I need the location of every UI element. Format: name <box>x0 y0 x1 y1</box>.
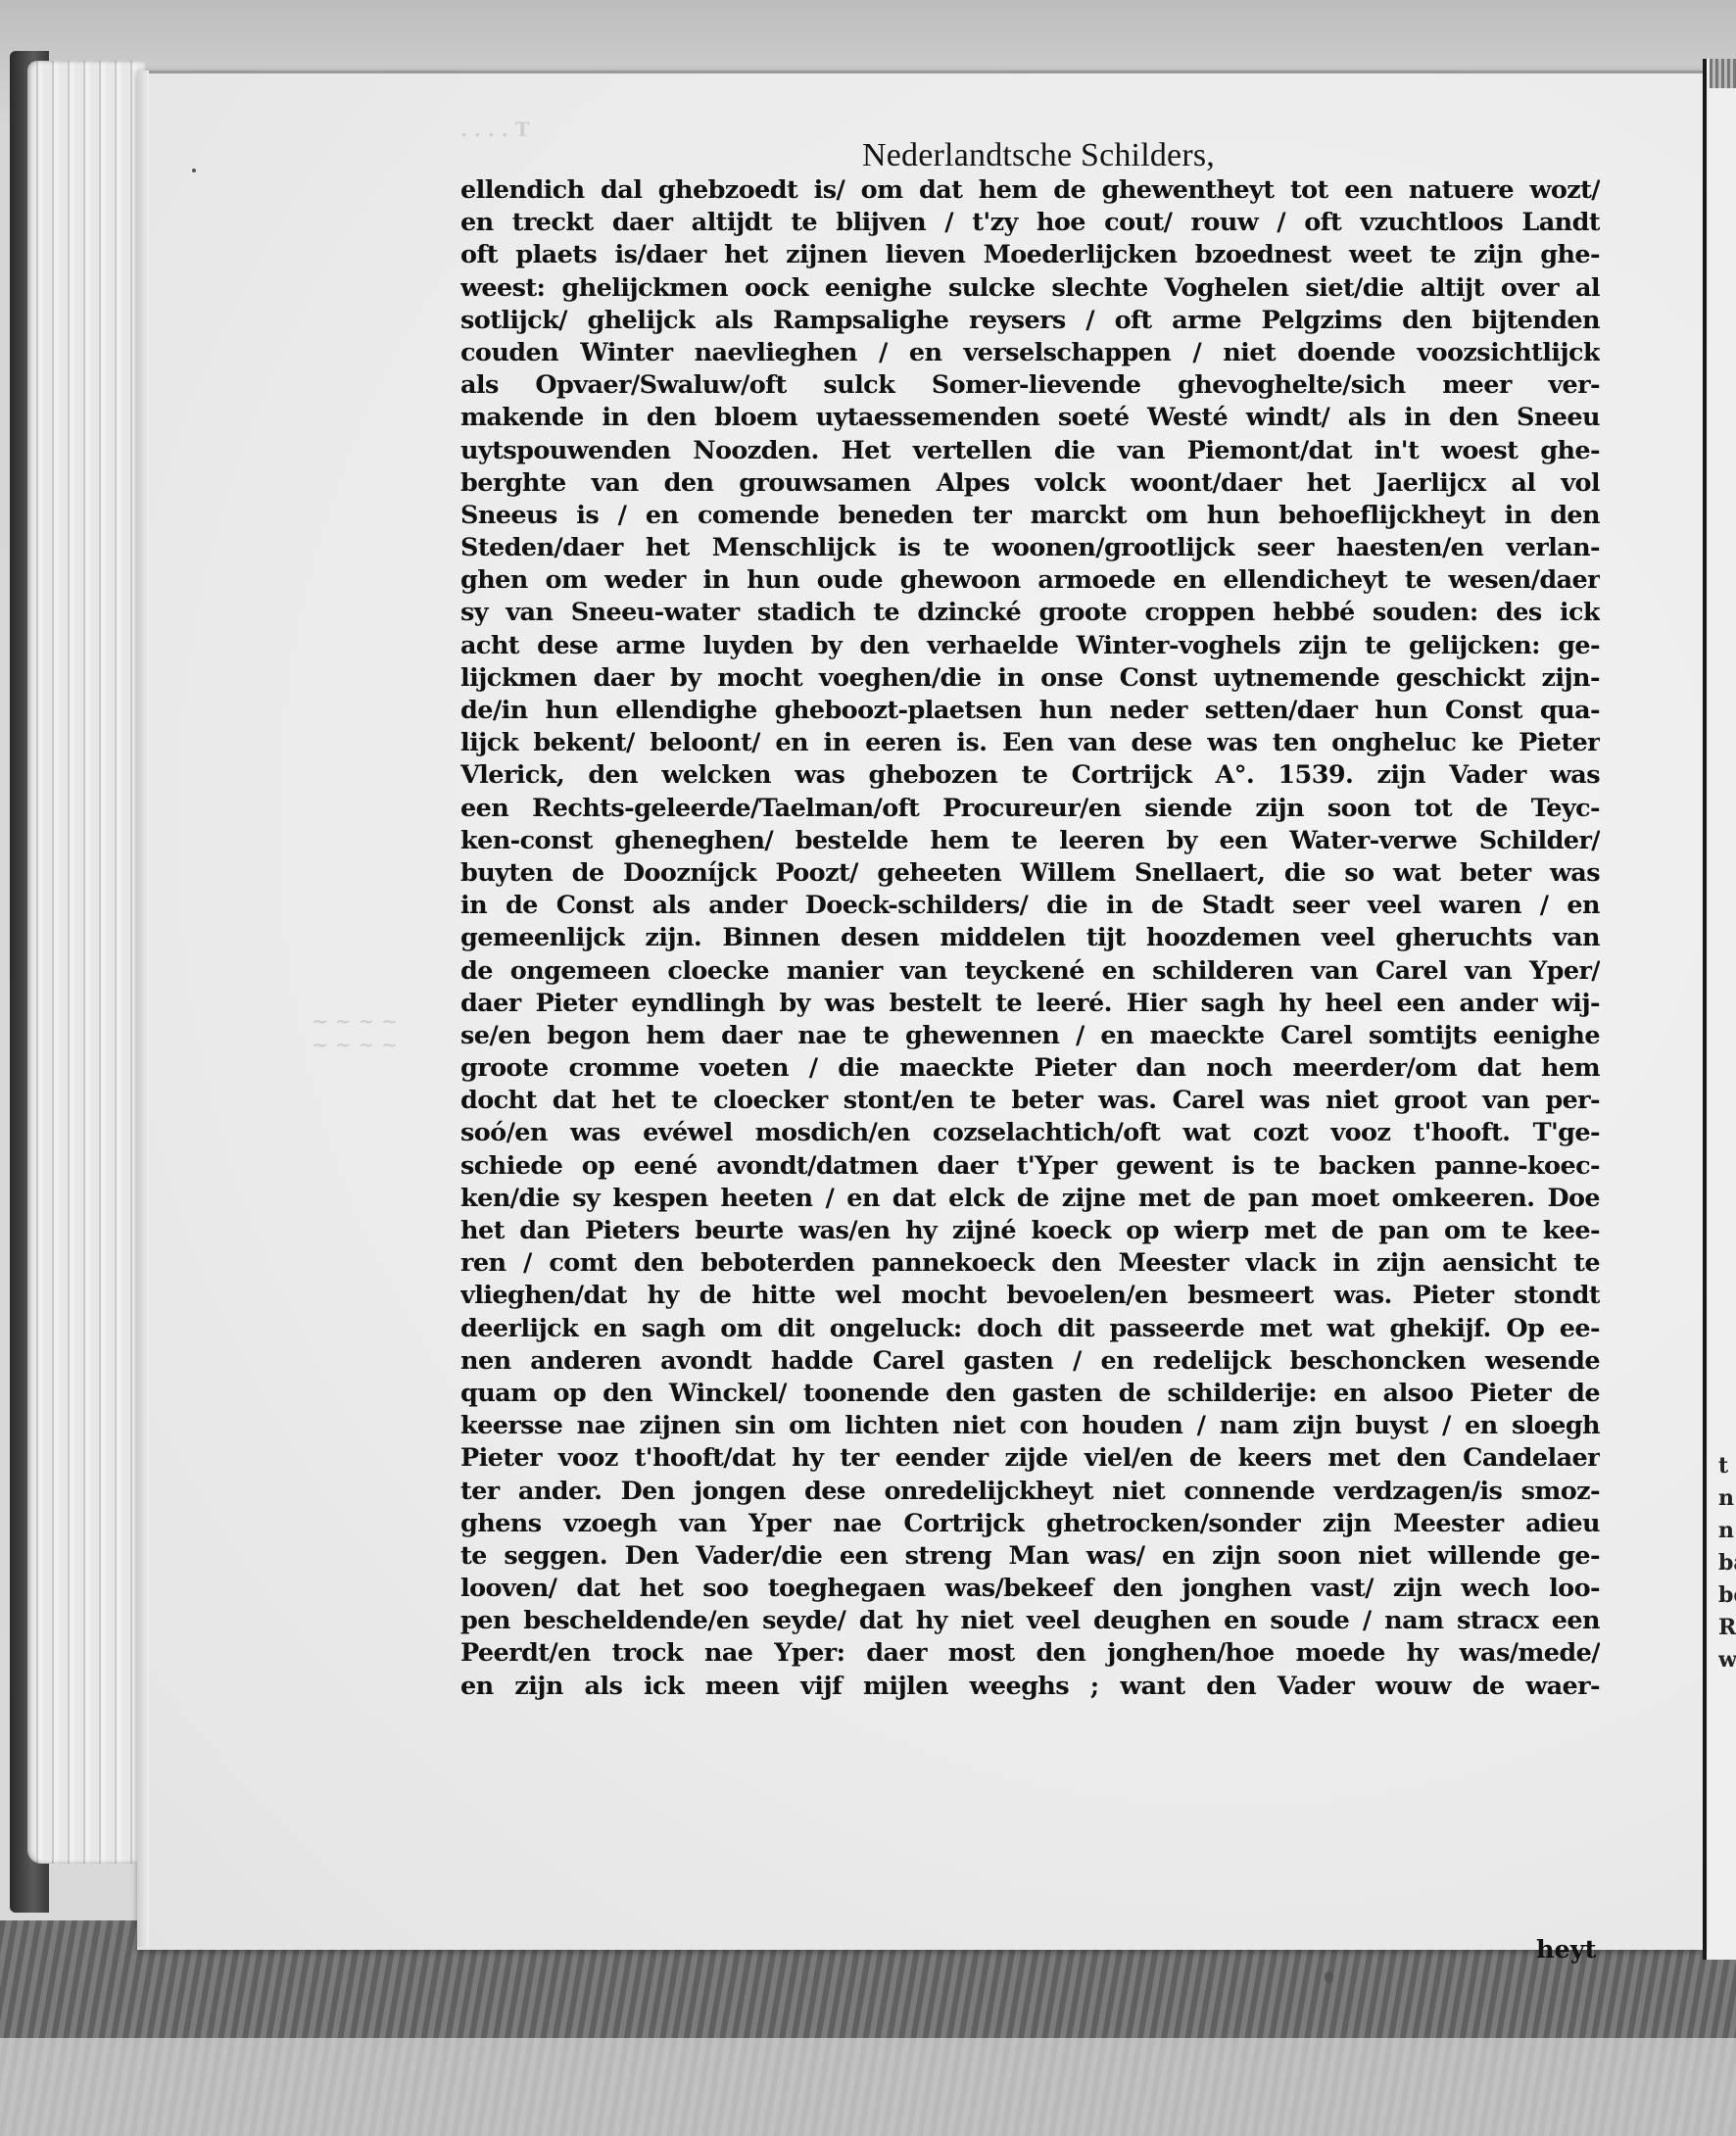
text-line: ren / comt den beboterden pannekoeck den… <box>460 1247 1600 1280</box>
text-line: vlieghen/dat hy de hitte wel mocht bevoe… <box>460 1280 1600 1312</box>
text-line: ghen om weder in hun oude ghewoon armoed… <box>460 564 1600 597</box>
text-line: soó/en was evéwel mosdich/en cozselachti… <box>460 1117 1600 1149</box>
text-line: sy van Sneeu-water stadich te dzincké gr… <box>460 597 1600 629</box>
text-line: docht dat het te cloecker stont/en te be… <box>460 1085 1600 1117</box>
text-line: Steden/daer het Menschlijck is te woonen… <box>460 532 1600 564</box>
text-line: ken/die sy kespen heeten / en dat elck d… <box>460 1183 1600 1215</box>
text-line: acht dese arme luyden by den verhaelde W… <box>460 630 1600 662</box>
page-stack-edges <box>27 61 145 1864</box>
catchword: heyt <box>1536 1935 1596 1965</box>
text-line: het dan Pieters beurte was/en hy zijné k… <box>460 1215 1600 1247</box>
text-line: daer Pieter eyndlingh by was bestelt te … <box>460 988 1600 1020</box>
text-line: ter ander. Den jongen dese onredelijckhe… <box>460 1476 1600 1508</box>
text-line: weest: ghelijckmen oock eenighe sulcke s… <box>460 272 1600 305</box>
text-line: ken-const gheneghen/ bestelde hem te lee… <box>460 825 1600 857</box>
text-line: looven/ dat het soo toeghegaen was/bekee… <box>460 1573 1600 1605</box>
facing-page-fragment: n <box>1718 1482 1736 1515</box>
text-line: lijck bekent/ beloont/ en in eeren is. E… <box>460 727 1600 759</box>
text-line: schiede op eené avondt/datmen daer t'Ype… <box>460 1150 1600 1183</box>
text-line: de ongemeen cloecke manier van teyckené … <box>460 955 1600 988</box>
text-line: lijckmen daer by mocht voeghen/die in on… <box>460 662 1600 695</box>
facing-page-binding <box>1710 59 1736 88</box>
text-line: uytspouwenden Noozden. Het vertellen die… <box>460 435 1600 467</box>
paper-speck <box>192 169 196 172</box>
show-through-bleed: . . . . T <box>460 118 530 141</box>
show-through-margin-note: ~ ~ ~ ~~ ~ ~ ~ <box>312 1009 398 1056</box>
facing-page-fragment: Ro <box>1718 1612 1736 1644</box>
text-line: quam op den Winckel/ toonende den gasten… <box>460 1378 1600 1410</box>
text-line: pen bescheldende/en seyde/ dat hy niet v… <box>460 1605 1600 1637</box>
body-text: ellendich dal ghebzoedt is/ om dat hem d… <box>460 174 1600 1703</box>
text-line: Pieter vooz t'hooft/dat hy ter eender zi… <box>460 1442 1600 1475</box>
facing-page-fragment: t <box>1718 1450 1736 1482</box>
text-line: couden Winter naevlieghen / en verselsch… <box>460 337 1600 369</box>
text-line: een Rechts-geleerde/Taelman/oft Procureu… <box>460 793 1600 825</box>
text-line: nen anderen avondt hadde Carel gasten / … <box>460 1345 1600 1378</box>
text-line: groote cromme voeten / die maeckte Piete… <box>460 1052 1600 1085</box>
text-line: Vlerick, den welcken was ghebozen te Cor… <box>460 759 1600 792</box>
text-line: Peerdt/en trock nae Yper: daer most den … <box>460 1637 1600 1670</box>
text-line: se/en begon hem daer nae te ghewennen / … <box>460 1020 1600 1052</box>
text-line: keersse nae zijnen sin om lichten niet c… <box>460 1410 1600 1442</box>
text-line: buyten de Doozníjck Poozt/ geheeten Will… <box>460 857 1600 890</box>
text-line: Sneeus is / en comende beneden ter marck… <box>460 500 1600 532</box>
facing-page-text-fragments: tnnbabeRowe <box>1718 1450 1736 1676</box>
text-line: deerlijck en sagh om dit ongeluck: doch … <box>460 1313 1600 1345</box>
running-head: Nederlandtsche Schilders, <box>862 137 1215 174</box>
table-surface <box>0 2038 1736 2136</box>
text-line: makende in den bloem uytaessemenden soet… <box>460 402 1600 434</box>
text-line: in de Const als ander Doeck-schilders/ d… <box>460 890 1600 922</box>
facing-page-fragment: n <box>1718 1515 1736 1547</box>
facing-page-fragment: we <box>1718 1644 1736 1676</box>
facing-page-fragment: ba <box>1718 1547 1736 1579</box>
text-line: de/in hun ellendighe gheboozt-plaetsen h… <box>460 695 1600 727</box>
paper-speck <box>1325 1971 1333 1983</box>
text-line: als Opvaer/Swaluw/oft sulck Somer-lieven… <box>460 369 1600 402</box>
text-line: en treckt daer altijdt te blijven / t'zy… <box>460 207 1600 239</box>
text-line: gemeenlijck zijn. Binnen desen middelen … <box>460 922 1600 954</box>
text-line: ellendich dal ghebzoedt is/ om dat hem d… <box>460 174 1600 207</box>
text-line: sotlijck/ ghelijck als Rampsalighe reyse… <box>460 305 1600 337</box>
text-line: oft plaets is/daer het zijnen lieven Moe… <box>460 239 1600 271</box>
page-gutter-shadow <box>137 71 149 1947</box>
text-line: te seggen. Den Vader/die een streng Man … <box>460 1540 1600 1573</box>
text-line: en zijn als ick meen vijf mijlen weeghs … <box>460 1671 1600 1703</box>
text-line: ghens vzoegh van Yper nae Cortrijck ghet… <box>460 1508 1600 1540</box>
text-line: berghte van den grouwsamen Alpes volck w… <box>460 467 1600 500</box>
facing-page-fragment: be <box>1718 1579 1736 1612</box>
